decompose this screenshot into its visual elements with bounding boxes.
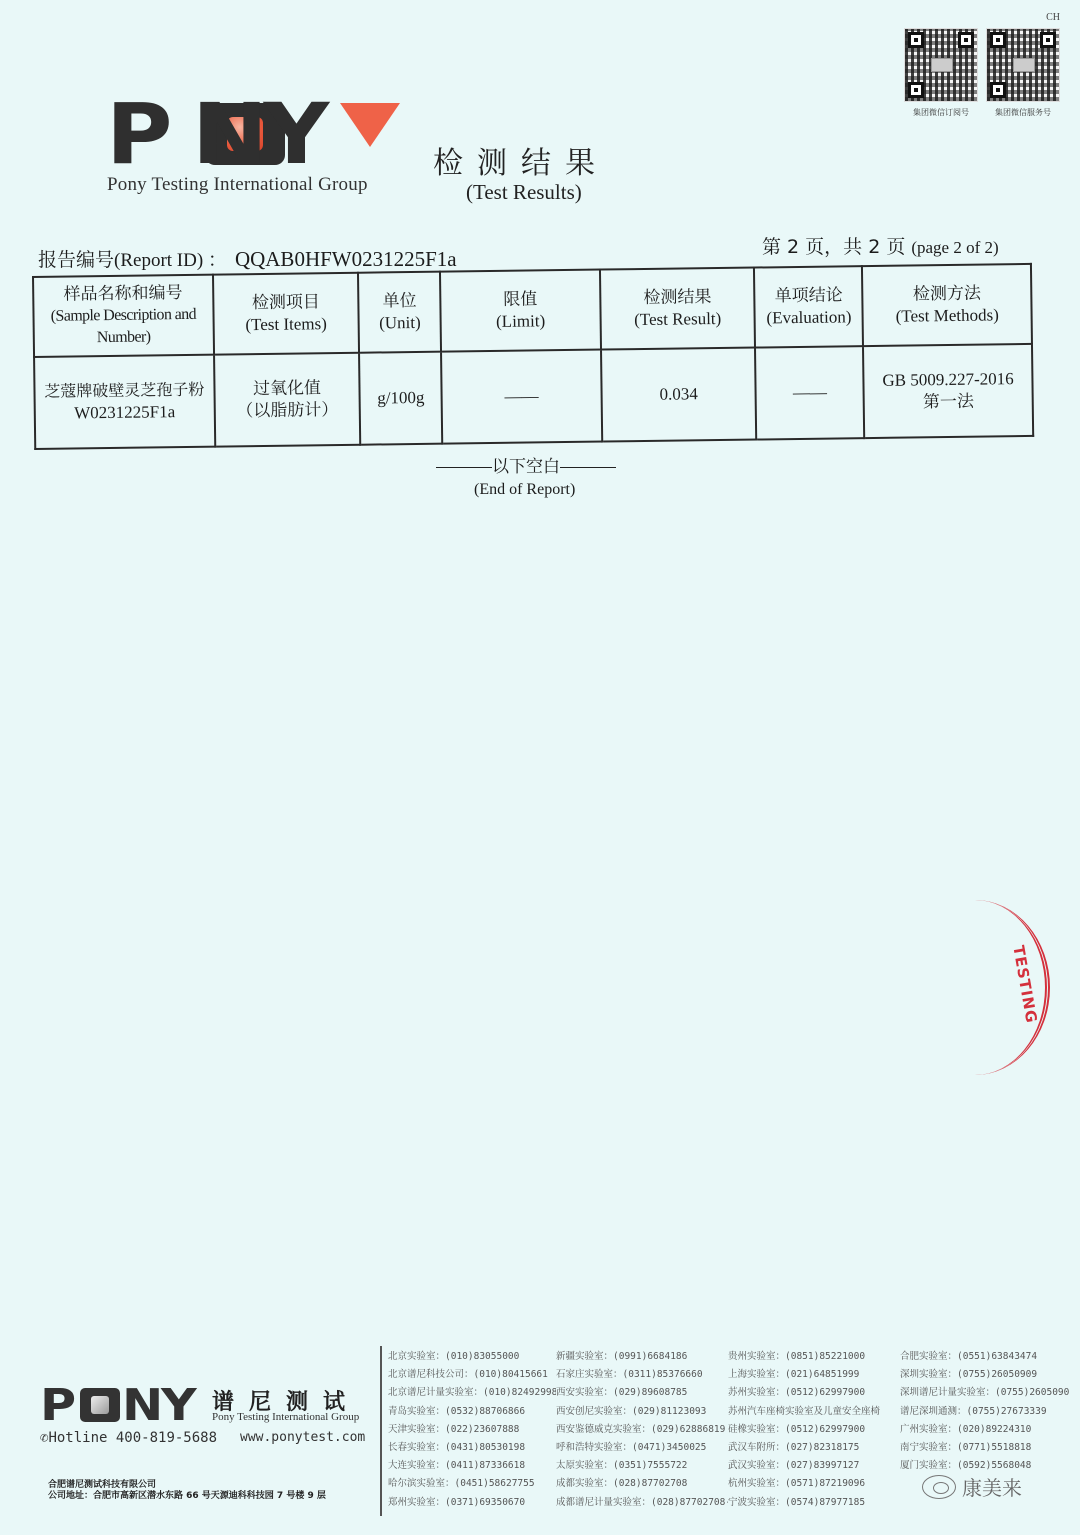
- limit-value: ——: [504, 386, 538, 405]
- footer-logo-o-icon: [80, 1388, 120, 1422]
- lab-contact: 新疆实验室：(0991)6684186: [556, 1348, 728, 1366]
- cell-sample: 芝蔻牌破壁灵芝孢子粉 W0231225F1a: [34, 355, 215, 449]
- cell-test-item: 过氧化值 （以脂肪计）: [214, 353, 361, 447]
- logo-letters-ny: NY: [192, 103, 325, 165]
- lab-contact: 北京实验室：(010)83055000: [388, 1348, 556, 1366]
- lab-contact: 广州实验室：(020)89224310: [900, 1421, 1070, 1439]
- header-limit: 限值(Limit): [440, 270, 601, 352]
- lab-contact: 北京谱尼科技公司：(010)80415661: [388, 1366, 556, 1384]
- qr-subscription: 集团微信订阅号: [904, 28, 978, 118]
- lab-contact: 西安实验室：(029)89608785: [556, 1384, 728, 1402]
- header-evaluation: 单项结论(Evaluation): [754, 266, 863, 347]
- evaluation-value: ——: [793, 383, 827, 402]
- qr-service: 集团微信服务号: [986, 28, 1060, 118]
- lab-contact: 深圳实验室：(0755)26050909: [900, 1366, 1070, 1384]
- watermark: 康美来: [922, 1472, 1022, 1501]
- qr-code-icon: [904, 28, 978, 102]
- lab-contact: 硅橡实验室：(0512)62997900: [728, 1421, 900, 1439]
- table-header-row: 样品名称和编号(Sample Description and Number) 检…: [33, 264, 1032, 357]
- table-row: 芝蔻牌破壁灵芝孢子粉 W0231225F1a 过氧化值 （以脂肪计） g/100…: [34, 344, 1033, 449]
- lab-contact: 谱尼深圳通测：(0755)27673339: [900, 1403, 1070, 1421]
- method: GB 5009.227-2016: [869, 368, 1028, 392]
- lab-contact: 呼和浩特实验室：(0471)3450025: [556, 1439, 728, 1457]
- lab-contact: 南宁实验室：(0771)5518818: [900, 1439, 1070, 1457]
- header-sample: 样品名称和编号(Sample Description and Number): [33, 275, 214, 357]
- cell-result: 0.034: [601, 348, 757, 442]
- divider: [436, 467, 492, 468]
- page-title: 检测结果: [433, 138, 609, 182]
- test-item-note: （以脂肪计）: [219, 399, 355, 423]
- lab-contact: 青岛实验室：(0532)88706866: [388, 1403, 556, 1421]
- footer-hotline: ✆Hotline 400-819-5688: [40, 1430, 217, 1446]
- lab-contact: 武汉实验室：(027)83997127: [728, 1457, 900, 1475]
- lab-contact: 成都谱尼计量实验室：(028)87702708-8888: [556, 1494, 728, 1512]
- lab-contact: 苏州汽车座椅实验室及儿童安全座椅: [728, 1403, 900, 1421]
- lab-contact: 大连实验室：(0411)87336618: [388, 1457, 556, 1475]
- qr-code-icon: [986, 28, 1060, 102]
- results-table: 样品名称和编号(Sample Description and Number) 检…: [32, 263, 1034, 450]
- lab-contact: 天津实验室：(022)23607888: [388, 1421, 556, 1439]
- cell-method: GB 5009.227-2016 第一法: [863, 344, 1033, 438]
- lab-contact: 成都实验室：(028)87702708: [556, 1475, 728, 1493]
- lab-contact: 西安鉴德威克实验室：(029)62886819: [556, 1421, 728, 1439]
- page-number-cn: 第 2 页，共 2 页: [762, 236, 905, 258]
- method-note: 第一法: [869, 390, 1028, 414]
- qr-label: 集团微信订阅号: [904, 107, 978, 118]
- sample-name: 芝蔻牌破壁灵芝孢子粉: [39, 379, 209, 403]
- divider: [560, 467, 616, 468]
- report-id-label-en: (Report ID) ：: [114, 250, 227, 271]
- lab-contact: 武汉车附所：(027)82318175: [728, 1439, 900, 1457]
- footer-logo-p: P: [40, 1387, 74, 1425]
- corner-mark: CH: [1046, 12, 1060, 23]
- footer-company: 合肥谱尼测试科技有限公司 公司地址：合肥市高新区潜水东路 66 号天源迪科科技园…: [48, 1480, 326, 1502]
- lab-contact: 深圳谱尼计量实验室：(0755)26050909-846: [900, 1384, 1070, 1402]
- page-title-en: (Test Results): [466, 180, 582, 205]
- header-test-result: 检测结果(Test Result): [600, 268, 756, 350]
- lab-contact: 郑州实验室：(0371)69350670: [388, 1494, 556, 1512]
- lab-contact: 长春实验室：(0431)80530198: [388, 1439, 556, 1457]
- wechat-icon: [922, 1475, 956, 1499]
- lab-contact: 太原实验室：(0351)7555722: [556, 1457, 728, 1475]
- footer-website[interactable]: www.ponytest.com: [240, 1430, 365, 1445]
- lab-contact: 西安创尼实验室：(029)81123093: [556, 1403, 728, 1421]
- page-number-en: (page 2 of 2): [911, 238, 998, 257]
- lab-contact: 苏州实验室：(0512)62997900: [728, 1384, 900, 1402]
- end-of-report-en: (End of Report): [474, 481, 575, 499]
- sample-number: W0231225F1a: [40, 401, 210, 425]
- cell-limit: ——: [441, 350, 602, 444]
- footer-logo-ny: NY: [122, 1387, 194, 1425]
- lab-contact: 贵州实验室：(0851)85221000: [728, 1348, 900, 1366]
- report-id-value: QQAB0HFW0231225F1a: [235, 247, 457, 271]
- lab-contact: 北京谱尼计量实验室：(010)82492998: [388, 1384, 556, 1402]
- lab-contact: 合肥实验室：(0551)63843474: [900, 1348, 1070, 1366]
- report-id: 报告编号(Report ID) ：QQAB0HFW0231225F1a: [38, 245, 457, 272]
- test-item: 过氧化值: [219, 377, 355, 401]
- qr-label: 集团微信服务号: [986, 107, 1060, 118]
- lab-contact: 石家庄实验室：(0311)85376660: [556, 1366, 728, 1384]
- lab-contact: 上海实验室：(021)64851999: [728, 1366, 900, 1384]
- lab-contact: 杭州实验室：(0571)87219096: [728, 1475, 900, 1493]
- footer-name-en: Pony Testing International Group: [212, 1411, 359, 1423]
- header-test-items: 检测项目(Test Items): [213, 273, 360, 355]
- logo-subtitle: Pony Testing International Group: [107, 174, 368, 196]
- header-unit: 单位(Unit): [358, 272, 441, 353]
- page-number: 第 2 页，共 2 页(page 2 of 2): [762, 232, 999, 259]
- logo-triangle-icon: [340, 103, 400, 147]
- cell-evaluation: ——: [755, 346, 864, 439]
- lab-contact: 哈尔滨实验室：(0451)58627755: [388, 1475, 556, 1493]
- cell-unit: g/100g: [359, 352, 442, 445]
- report-id-label-cn: 报告编号: [38, 249, 114, 271]
- lab-contact: 宁波实验室：(0574)87977185: [728, 1494, 900, 1512]
- header-test-methods: 检测方法(Test Methods): [862, 264, 1032, 346]
- end-of-report-cn: 以下空白: [436, 452, 616, 477]
- logo-letter-p: P: [106, 103, 168, 165]
